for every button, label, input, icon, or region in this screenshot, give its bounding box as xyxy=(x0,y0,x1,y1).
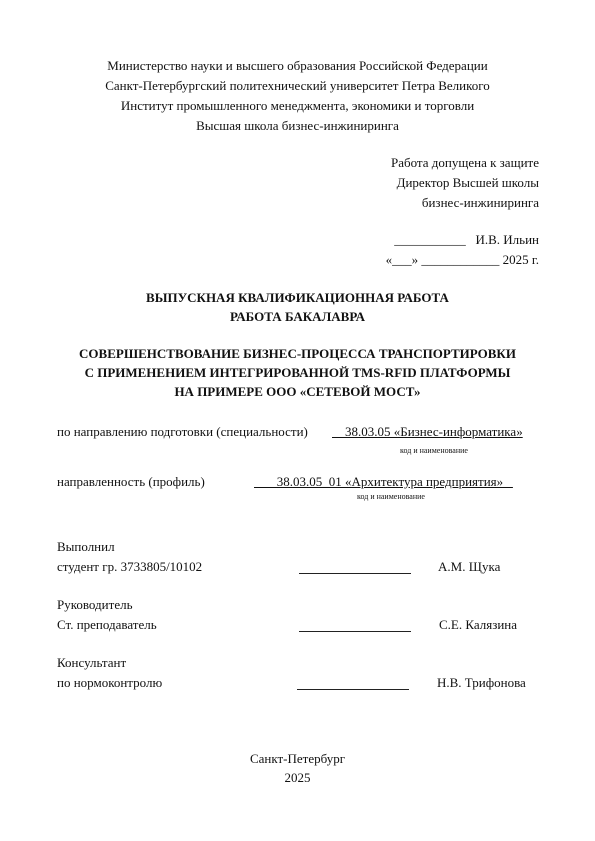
performer-signature-line xyxy=(299,573,411,574)
thesis-title-line-3: НА ПРИМЕРЕ ООО «СЕТЕВОЙ МОСТ» xyxy=(0,384,595,400)
work-type-subtitle: РАБОТА БАКАЛАВРА xyxy=(0,309,595,325)
supervisor-position: Ст. преподаватель xyxy=(57,617,157,633)
approval-line-1: Работа допущена к защите xyxy=(391,155,539,171)
consultant-role: Консультант xyxy=(57,655,126,671)
work-type-title: ВЫПУСКНАЯ КВАЛИФИКАЦИОННАЯ РАБОТА xyxy=(0,290,595,306)
supervisor-signature-line xyxy=(299,631,411,632)
consultant-position: по нормоконтролю xyxy=(57,675,162,691)
performer-position: студент гр. 3733805/10102 xyxy=(57,559,202,575)
thesis-title-line-1: СОВЕРШЕНСТВОВАНИЕ БИЗНЕС-ПРОЦЕССА ТРАНСП… xyxy=(0,346,595,362)
director-signature: ___________ И.В. Ильин xyxy=(394,232,539,248)
supervisor-name: С.Е. Калязина xyxy=(439,617,517,633)
performer-role: Выполнил xyxy=(57,539,115,555)
approval-date: «___» ____________ 2025 г. xyxy=(386,252,539,268)
footer-city: Санкт-Петербург xyxy=(0,751,595,767)
profile-caption: код и наименование xyxy=(357,492,425,501)
profile-value: 38.03.05_01 «Архитектура предприятия» xyxy=(254,474,513,490)
performer-name: А.М. Щука xyxy=(438,559,500,575)
approval-line-2: Директор Высшей школы xyxy=(397,175,539,191)
director-signature-line: ___________ xyxy=(394,232,466,247)
direction-label: по направлению подготовки (специальности… xyxy=(57,424,308,440)
direction-caption: код и наименование xyxy=(400,446,468,455)
director-name: И.В. Ильин xyxy=(475,232,539,247)
school-line: Высшая школа бизнес-инжиниринга xyxy=(0,118,595,134)
ministry-line: Министерство науки и высшего образования… xyxy=(0,58,595,74)
consultant-signature-line xyxy=(297,689,409,690)
institute-line: Институт промышленного менеджмента, экон… xyxy=(0,98,595,114)
profile-label: направленность (профиль) xyxy=(57,474,205,490)
footer-year: 2025 xyxy=(0,770,595,786)
thesis-title-line-2: С ПРИМЕНЕНИЕМ ИНТЕГРИРОВАННОЙ TMS-RFID П… xyxy=(0,365,595,381)
consultant-name: Н.В. Трифонова xyxy=(437,675,526,691)
university-line: Санкт-Петербургский политехнический унив… xyxy=(0,78,595,94)
supervisor-role: Руководитель xyxy=(57,597,133,613)
approval-line-3: бизнес-инжиниринга xyxy=(422,195,539,211)
direction-value: 38.03.05 «Бизнес-информатика» xyxy=(332,424,523,440)
